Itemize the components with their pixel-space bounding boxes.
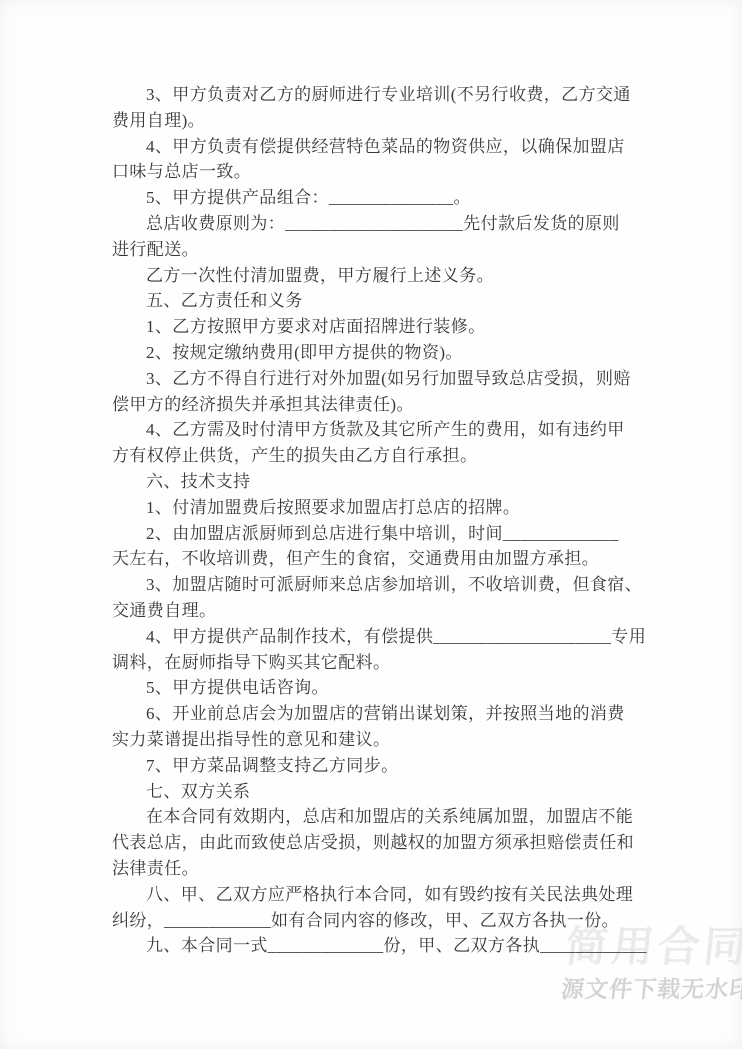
text-line: 偿甲方的经济损失并承担其法律责任)。 [112, 392, 638, 418]
text-line: 5、甲方提供产品组合：______________。 [112, 185, 638, 211]
text-line: 纠纷，____________如有合同内容的修改，甲、乙双方各执一份。 [112, 908, 638, 934]
text-line: 1、付清加盟费后按照要求加盟店打总店的招牌。 [112, 495, 638, 521]
text-line: 6、开业前总店会为加盟店的营销出谋划策，并按照当地的消费 [112, 701, 638, 727]
text-line: 九、本合同一式_____________份，甲、乙双方各执___________… [112, 933, 638, 959]
text-line: 2、由加盟店派厨师到总店进行集中培训，时间_____________ [112, 521, 638, 547]
watermark-tagline: 源文件下载无水印 [560, 977, 742, 1001]
text-line: 1、乙方按照甲方要求对店面招牌进行装修。 [112, 314, 638, 340]
text-line: 六、技术支持 [112, 469, 638, 495]
text-line: 调料，在厨师指导下购买其它配料。 [112, 650, 638, 676]
text-line: 方有权停止供货，产生的损失由乙方自行承担。 [112, 443, 638, 469]
text-line: 口味与总店一致。 [112, 159, 638, 185]
text-line: 在本合同有效期内，总店和加盟店的关系纯属加盟，加盟店不能 [112, 804, 638, 830]
text-line: 进行配送。 [112, 237, 638, 263]
text-line: 3、加盟店随时可派厨师来总店参加培训，不收培训费，但食宿、 [112, 572, 638, 598]
document-body: 3、甲方负责对乙方的厨师进行专业培训(不另行收费，乙方交通费用自理)。4、甲方负… [112, 82, 638, 959]
text-line: 八、甲、乙双方应严格执行本合同，如有毁约按有关民法典处理 [112, 882, 638, 908]
text-line: 五、乙方责任和义务 [112, 288, 638, 314]
text-line: 2、按规定缴纳费用(即甲方提供的物资)。 [112, 340, 638, 366]
text-line: 交通费自理。 [112, 598, 638, 624]
text-line: 代表总店，由此而致使总店受损，则越权的加盟方须承担赔偿责任和 [112, 830, 638, 856]
text-line: 七、双方关系 [112, 779, 638, 805]
contract-page: 简用合同 源文件下载无水印 3、甲方负责对乙方的厨师进行专业培训(不另行收费，乙… [0, 0, 742, 1049]
text-line: 7、甲方菜品调整支持乙方同步。 [112, 753, 638, 779]
text-line: 4、乙方需及时付清甲方货款及其它所产生的费用，如有违约甲 [112, 417, 638, 443]
text-line: 总店收费原则为：____________________先付款后发货的原则 [112, 211, 638, 237]
text-line: 法律责任。 [112, 856, 638, 882]
text-line: 天左右，不收培训费，但产生的食宿，交通费用由加盟方承担。 [112, 546, 638, 572]
text-line: 4、甲方提供产品制作技术，有偿提供____________________专用 [112, 624, 638, 650]
text-line: 费用自理)。 [112, 108, 638, 134]
text-line: 4、甲方负责有偿提供经营特色菜品的物资供应，以确保加盟店 [112, 134, 638, 160]
text-line: 乙方一次性付清加盟费，甲方履行上述义务。 [112, 263, 638, 289]
text-line: 5、甲方提供电话咨询。 [112, 675, 638, 701]
text-line: 3、乙方不得自行进行对外加盟(如另行加盟导致总店受损，则赔 [112, 366, 638, 392]
text-line: 实力菜谱提出指导性的意见和建议。 [112, 727, 638, 753]
text-line: 3、甲方负责对乙方的厨师进行专业培训(不另行收费，乙方交通 [112, 82, 638, 108]
